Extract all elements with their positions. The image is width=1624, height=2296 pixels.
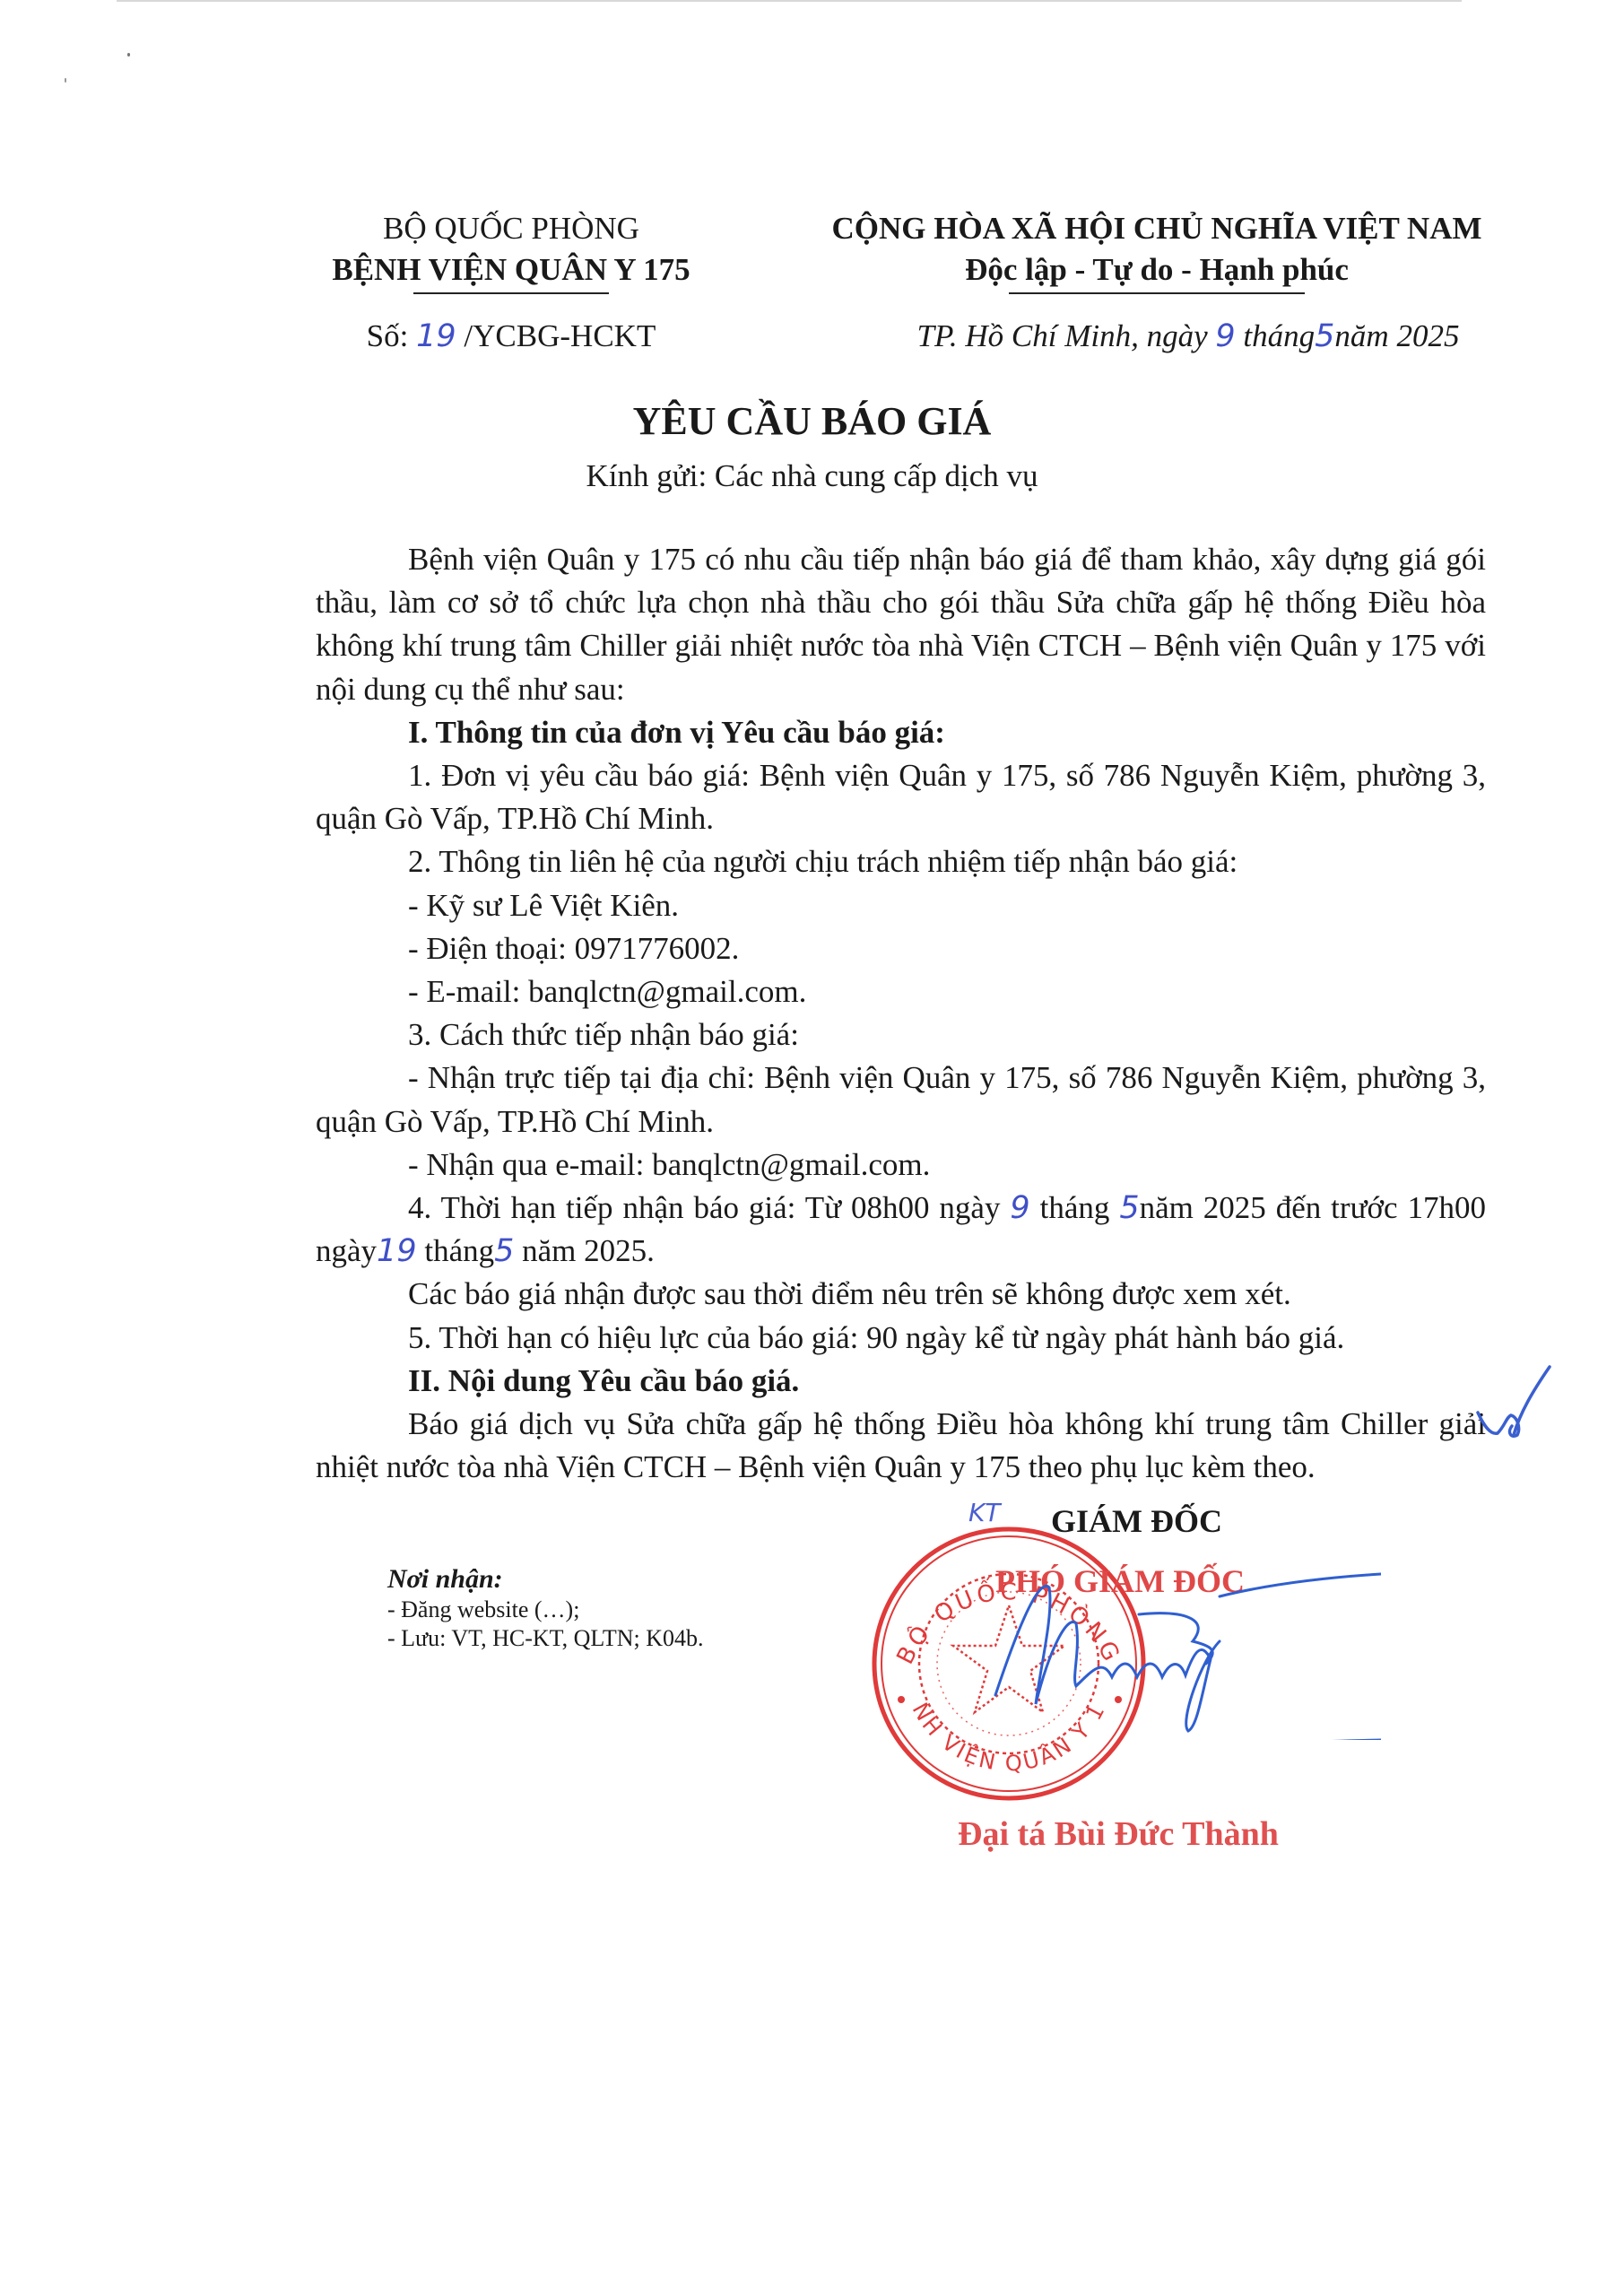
organization-name: BỆNH VIỆN QUÂN Y 175 — [296, 249, 726, 291]
header-underline — [413, 292, 609, 294]
recipient-item: - Lưu: VT, HC-KT, QLTN; K04b. — [387, 1624, 925, 1653]
handwritten-signature-icon — [986, 1561, 1381, 1740]
intro-paragraph: Bệnh viện Quân y 175 có nhu cầu tiếp nhậ… — [316, 538, 1486, 711]
document-date: TP. Hồ Chí Minh, ngày 9 tháng5năm 2025 — [780, 316, 1533, 357]
signer-name: Đại tá Bùi Đức Thành — [958, 1812, 1279, 1857]
contact-name: - Kỹ sư Lê Việt Kiên. — [316, 884, 1486, 927]
section-1-item-1: 1. Đơn vị yêu cầu báo giá: Bệnh viện Quâ… — [316, 754, 1486, 840]
handwritten-start-month: 5 — [1119, 1190, 1139, 1226]
document-page: BỘ QUỐC PHÒNG BỆNH VIỆN QUÂN Y 175 Số: 1… — [0, 0, 1624, 2296]
ministry-name: BỘ QUỐC PHÒNG — [296, 208, 726, 249]
section-2-heading: II. Nội dung Yêu cầu báo giá. — [316, 1360, 1486, 1403]
handwritten-day: 9 — [1215, 318, 1235, 354]
handwritten-end-month: 5 — [494, 1233, 514, 1269]
national-motto: Độc lập - Tự do - Hạnh phúc — [780, 249, 1533, 291]
document-title: YÊU CẦU BÁO GIÁ — [0, 395, 1624, 448]
section-1-item-5: 5. Thời hạn có hiệu lực của báo giá: 90 … — [316, 1317, 1486, 1360]
motto-underline — [1009, 292, 1305, 294]
document-number: Số: 19 /YCBG-HCKT — [296, 316, 726, 357]
receive-direct: - Nhận trực tiếp tại địa chỉ: Bệnh viện … — [316, 1057, 1486, 1143]
section-1-heading: I. Thông tin của đơn vị Yêu cầu báo giá: — [316, 711, 1486, 754]
contact-email: - E-mail: banqlctn@gmail.com. — [316, 970, 1486, 1013]
recipients-heading: Nơi nhận: — [387, 1563, 925, 1596]
recipients-list: Nơi nhận: - Đăng website (…); - Lưu: VT,… — [387, 1563, 925, 1653]
scan-speck — [65, 78, 66, 83]
section-2-content: Báo giá dịch vụ Sửa chữa gấp hệ thống Đi… — [316, 1403, 1486, 1489]
nation-name: CỘNG HÒA XÃ HỘI CHỦ NGHĨA VIỆT NAM — [780, 208, 1533, 249]
contact-phone: - Điện thoại: 0971776002. — [316, 927, 1486, 970]
document-body: Bệnh viện Quân y 175 có nhu cầu tiếp nhậ… — [316, 538, 1486, 1489]
scan-speck — [127, 53, 130, 57]
handwritten-end-day: 19 — [377, 1233, 417, 1269]
section-1-item-4: 4. Thời hạn tiếp nhận báo giá: Từ 08h00 … — [316, 1187, 1486, 1273]
section-1-item-3: 3. Cách thức tiếp nhận báo giá: — [316, 1013, 1486, 1057]
recipient-line: Kính gửi: Các nhà cung cấp dịch vụ — [0, 456, 1624, 497]
section-1-item-2: 2. Thông tin liên hệ của người chịu trác… — [316, 840, 1486, 883]
national-header: CỘNG HÒA XÃ HỘI CHỦ NGHĨA VIỆT NAM Độc l… — [780, 208, 1533, 357]
receive-email: - Nhận qua e-mail: banqlctn@gmail.com. — [316, 1144, 1486, 1187]
scan-edge — [117, 0, 1462, 2]
issuer-header: BỘ QUỐC PHÒNG BỆNH VIỆN QUÂN Y 175 Số: 1… — [296, 208, 726, 357]
late-note: Các báo giá nhận được sau thời điểm nêu … — [316, 1273, 1486, 1316]
handwritten-start-day: 9 — [1010, 1190, 1029, 1226]
handwritten-month: 5 — [1315, 318, 1334, 354]
handwritten-number: 19 — [416, 318, 456, 354]
recipient-item: - Đăng website (…); — [387, 1596, 925, 1624]
initial-mark-icon — [1471, 1363, 1551, 1444]
